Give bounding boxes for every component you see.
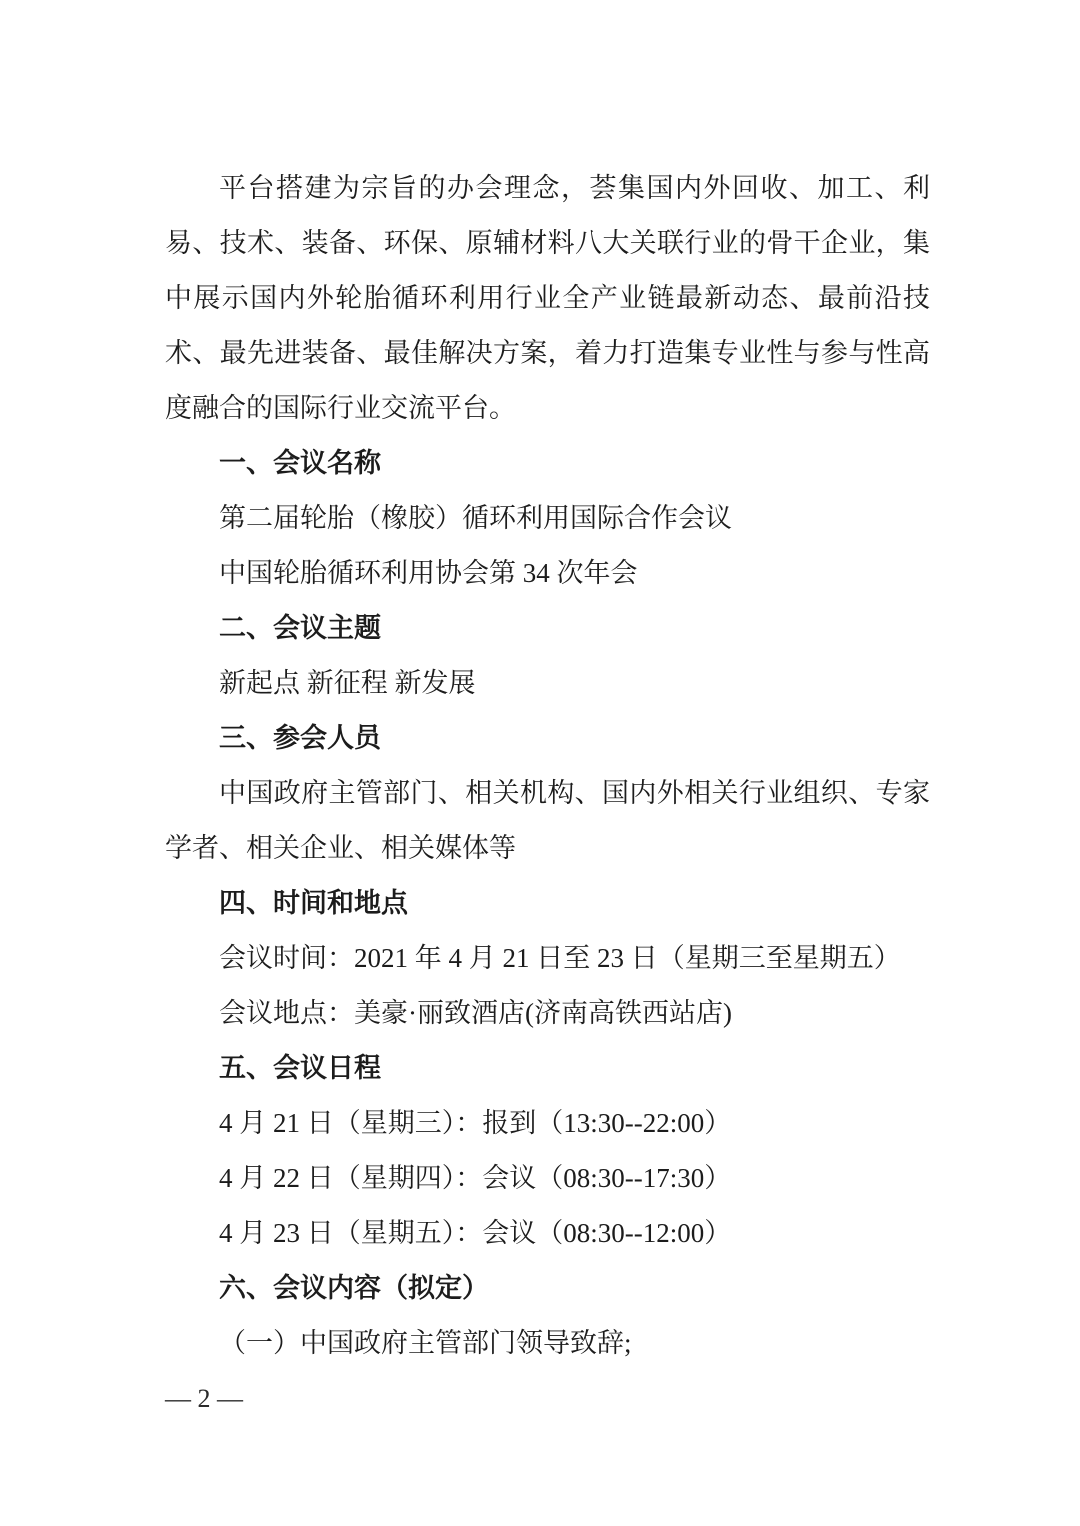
intro-paragraph-line: 中展示国内外轮胎循环利用行业全产业链最新动态、最前沿技 (165, 271, 930, 326)
section-line-content-item-1: （一）中国政府主管部门领导致辞; (165, 1316, 930, 1371)
section-heading-meeting-name: 一、会议名称 (165, 436, 930, 491)
section-heading-content: 六、会议内容（拟定） (165, 1261, 930, 1316)
section-line: 新起点 新征程 新发展 (165, 656, 930, 711)
section-line: 学者、相关企业、相关媒体等 (165, 821, 930, 876)
section-heading-participants: 三、参会人员 (165, 711, 930, 766)
intro-paragraph-line: 易、技术、装备、环保、原辅材料八大关联行业的骨干企业，集 (165, 216, 930, 271)
section-line: 中国轮胎循环利用协会第 34 次年会 (165, 546, 930, 601)
page-number: — 2 — (165, 1371, 930, 1426)
document-page: 平台搭建为宗旨的办会理念，荟集国内外回收、加工、利用、贸 易、技术、装备、环保、… (0, 0, 1080, 1526)
intro-paragraph-line: 度融合的国际行业交流平台。 (165, 381, 930, 436)
section-line-meeting-place: 会议地点：美豪·丽致酒店(济南高铁西站店) (165, 986, 930, 1041)
section-line: 中国政府主管部门、相关机构、国内外相关行业组织、专家 (165, 766, 930, 821)
intro-paragraph-line: 平台搭建为宗旨的办会理念，荟集国内外回收、加工、利用、贸 (165, 161, 930, 216)
section-heading-meeting-theme: 二、会议主题 (165, 601, 930, 656)
section-heading-time-place: 四、时间和地点 (165, 876, 930, 931)
schedule-line-day3: 4 月 23 日（星期五）：会议（08:30--12:00） (165, 1206, 930, 1261)
section-heading-schedule: 五、会议日程 (165, 1041, 930, 1096)
schedule-line-day1: 4 月 21 日（星期三）：报到（13:30--22:00） (165, 1096, 930, 1151)
intro-paragraph-line: 术、最先进装备、最佳解决方案，着力打造集专业性与参与性高 (165, 326, 930, 381)
section-line-meeting-time: 会议时间：2021 年 4 月 21 日至 23 日（星期三至星期五） (165, 931, 930, 986)
section-line: 第二届轮胎（橡胶）循环利用国际合作会议 (165, 491, 930, 546)
document-body: 平台搭建为宗旨的办会理念，荟集国内外回收、加工、利用、贸 易、技术、装备、环保、… (165, 161, 930, 1426)
schedule-line-day2: 4 月 22 日（星期四）：会议（08:30--17:30） (165, 1151, 930, 1206)
